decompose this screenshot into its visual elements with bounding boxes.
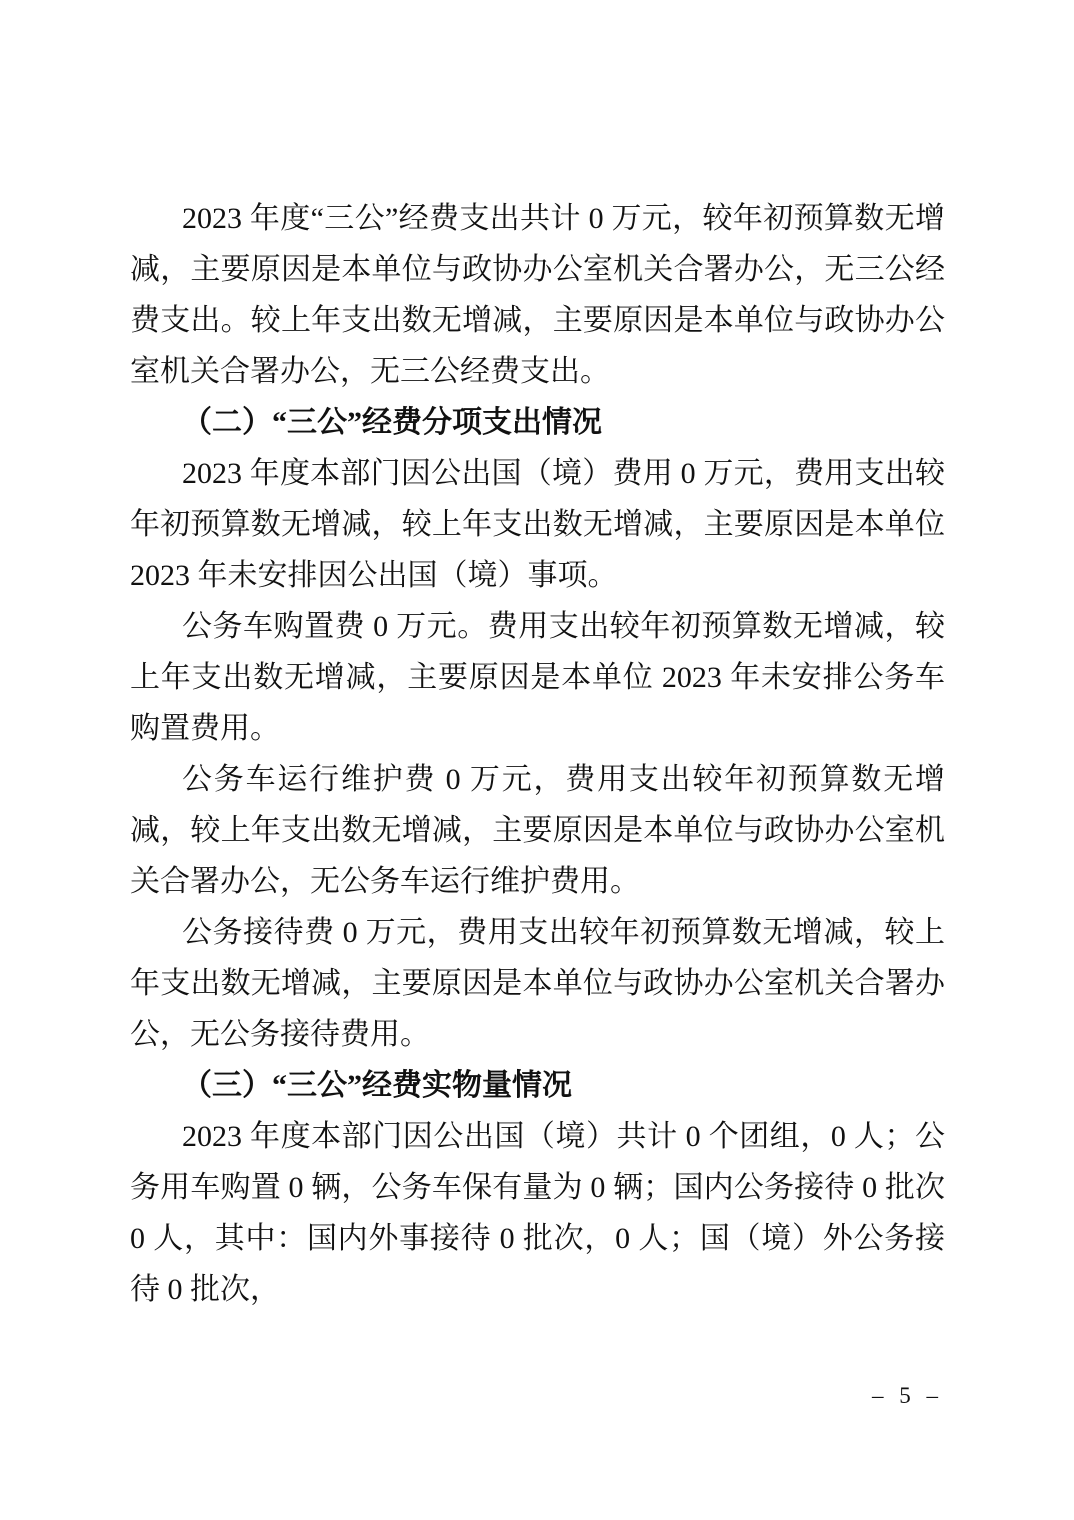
paragraph-sanGong-total-expense: 2023 年度“三公”经费支出共计 0 万元，较年初预算数无增减，主要原因是本单…: [130, 193, 945, 397]
paragraph-physical-quantity-detail: 2023 年度本部门因公出国（境）共计 0 个团组，0 人；公务用车购置 0 辆…: [130, 1111, 945, 1315]
paragraph-official-reception-expense: 公务接待费 0 万元，费用支出较年初预算数无增减，较上年支出数无增减，主要原因是…: [130, 907, 945, 1060]
document-body-text: 2023 年度“三公”经费支出共计 0 万元，较年初预算数无增减，主要原因是本单…: [130, 193, 945, 1315]
paragraph-vehicle-maintenance-expense: 公务车运行维护费 0 万元，费用支出较年初预算数无增减，较上年支出数无增减，主要…: [130, 754, 945, 907]
page-number: – 5 –: [872, 1383, 943, 1409]
paragraph-vehicle-purchase-expense: 公务车购置费 0 万元。费用支出较年初预算数无增减，较上年支出数无增减，主要原因…: [130, 601, 945, 754]
section-heading-physical-quantity: （三）“三公”经费实物量情况: [130, 1060, 945, 1111]
section-heading-itemized-expense: （二）“三公”经费分项支出情况: [130, 397, 945, 448]
paragraph-overseas-travel-expense: 2023 年度本部门因公出国（境）费用 0 万元，费用支出较年初预算数无增减，较…: [130, 448, 945, 601]
document-page: 2023 年度“三公”经费支出共计 0 万元，较年初预算数无增减，主要原因是本单…: [0, 0, 1074, 1520]
